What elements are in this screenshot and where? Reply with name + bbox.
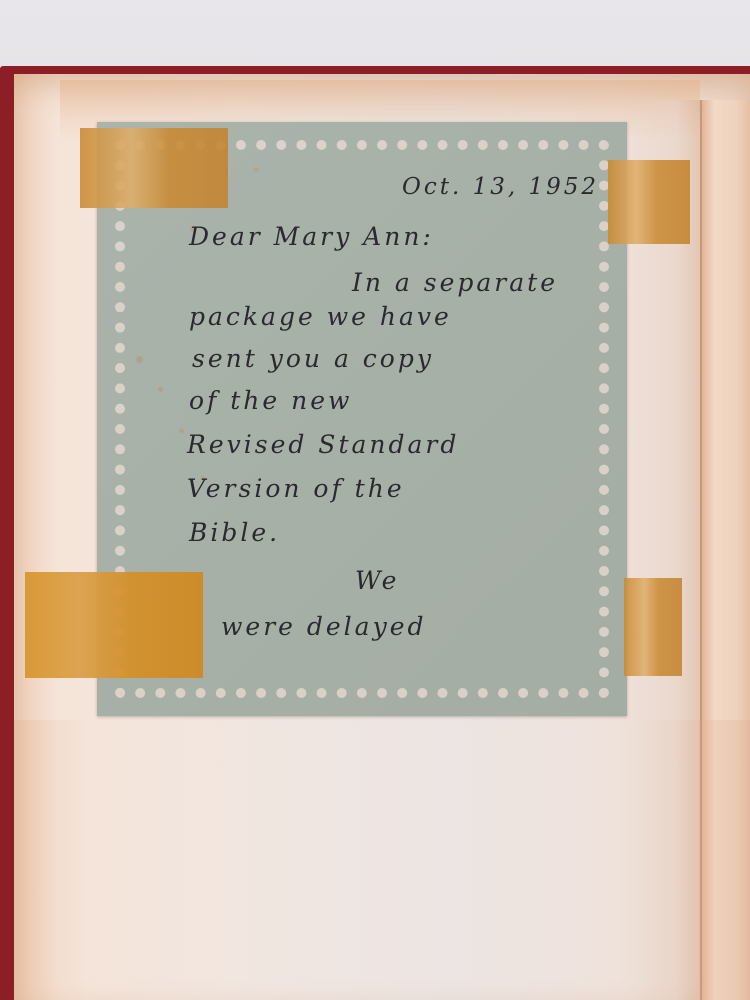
tape-bottom-right xyxy=(624,578,682,676)
note-line: We xyxy=(355,566,399,595)
page-edge-shade xyxy=(14,720,750,1000)
note-line: of the new xyxy=(189,386,352,415)
tape-top-left xyxy=(80,128,228,208)
note-line: Version of the xyxy=(187,474,405,503)
note-date: Oct. 13, 1952 xyxy=(402,174,599,200)
photo-scene: Oct. 13, 1952 Dear Mary Ann: In a separa… xyxy=(0,0,750,1000)
note-line: were delayed xyxy=(221,612,427,641)
tape-bottom-left xyxy=(25,572,203,678)
tape-top-right xyxy=(608,160,690,244)
note-line: Revised Standard xyxy=(187,430,459,459)
note-line: package we have xyxy=(189,302,452,331)
note-salutation: Dear Mary Ann: xyxy=(189,222,434,251)
note-line: In a separate xyxy=(352,268,558,297)
note-line: sent you a copy xyxy=(192,344,434,373)
note-line: Bible. xyxy=(189,518,280,547)
